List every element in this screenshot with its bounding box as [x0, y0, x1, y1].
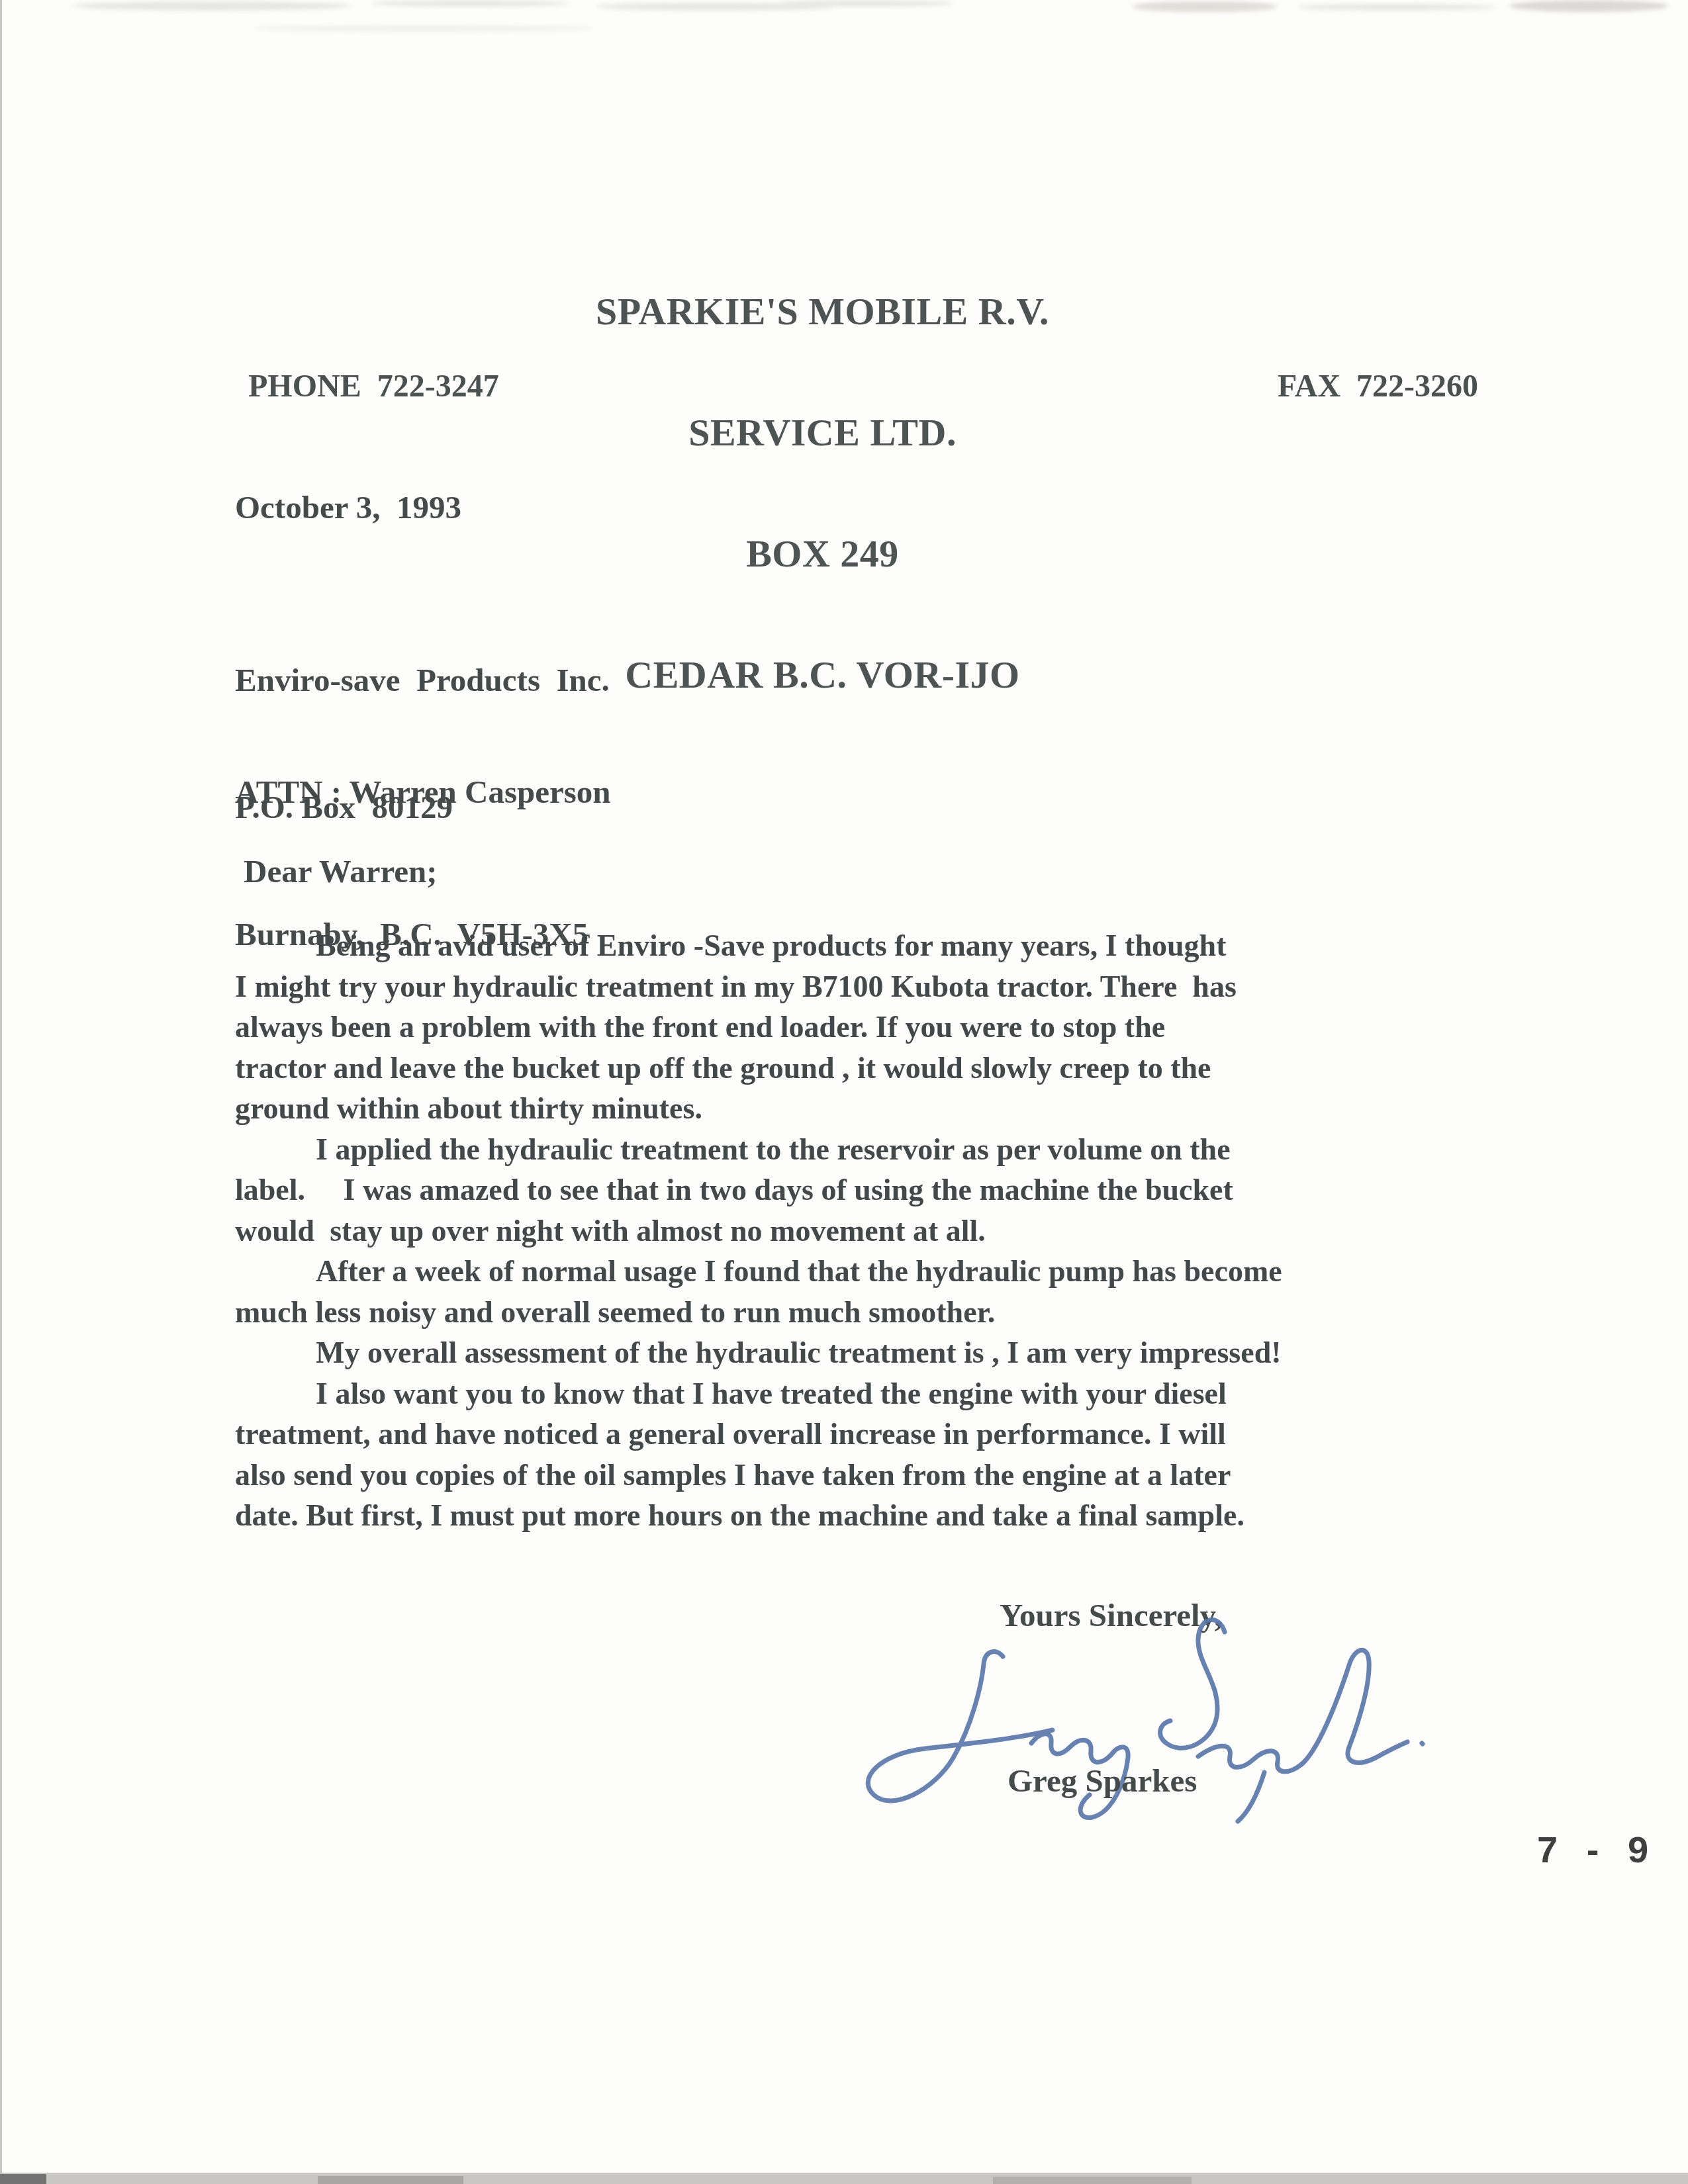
- scan-artifact: [781, 0, 953, 7]
- scan-bottom-mark: [0, 2174, 46, 2184]
- body-line: ground within about thirty minutes.: [235, 1088, 1473, 1129]
- scan-bottom-mark: [993, 2177, 1192, 2184]
- scanned-letter-page: SPARKIE'S MOBILE R.V. SERVICE LTD. BOX 2…: [0, 0, 1688, 2184]
- body-line: I also want you to know that I have trea…: [235, 1373, 1473, 1414]
- body-line: much less noisy and overall seemed to ru…: [235, 1292, 1473, 1333]
- scan-artifact: [73, 1, 351, 11]
- body-line: I applied the hydraulic treatment to the…: [235, 1129, 1473, 1170]
- letterhead-company-name-line1: SPARKIE'S MOBILE R.V.: [414, 291, 1231, 332]
- body-line: label. I was amazed to see that in two d…: [235, 1169, 1473, 1210]
- scan-artifact: [252, 25, 596, 32]
- scan-artifact: [1132, 1, 1278, 12]
- body-line: tractor and leave the bucket up off the …: [235, 1048, 1473, 1089]
- body-line: After a week of normal usage I found tha…: [235, 1251, 1473, 1292]
- page-number: 7 - 9: [1537, 1828, 1658, 1871]
- letterhead-fax: FAX 722-3260: [1278, 368, 1478, 404]
- scan-artifact: [1297, 4, 1496, 11]
- scan-artifact: [1509, 0, 1668, 12]
- letterhead-phone: PHONE 722-3247: [248, 368, 499, 404]
- attention-line: ATTN : Warren Casperson: [235, 773, 611, 811]
- scan-bottom-band: [0, 2173, 1688, 2184]
- letterhead-company-name-line2: SERVICE LTD.: [414, 412, 1231, 453]
- recipient-company: Enviro-save Products Inc.: [235, 659, 610, 702]
- letter-body: Being an avid user of Enviro -Save produ…: [235, 925, 1473, 1536]
- body-line: date. But first, I must put more hours o…: [235, 1495, 1473, 1536]
- body-line: always been a problem with the front end…: [235, 1007, 1473, 1048]
- body-line: treatment, and have noticed a general ov…: [235, 1414, 1473, 1455]
- letter-date: October 3, 1993: [235, 488, 461, 526]
- scan-artifact: [371, 0, 569, 7]
- closing-line: Yours Sincerely,: [1000, 1596, 1223, 1634]
- body-line: would stay up over night with almost no …: [235, 1210, 1473, 1251]
- body-line: Being an avid user of Enviro -Save produ…: [235, 925, 1473, 966]
- scan-bottom-mark: [318, 2176, 463, 2184]
- body-line: also send you copies of the oil samples …: [235, 1455, 1473, 1496]
- body-line: My overall assessment of the hydraulic t…: [235, 1332, 1473, 1373]
- scan-edge-line: [0, 0, 2, 2184]
- salutation-line: Dear Warren;: [244, 852, 438, 890]
- signer-name: Greg Sparkes: [1008, 1762, 1197, 1799]
- letterhead-po-box: BOX 249: [414, 533, 1231, 574]
- body-line: I might try your hydraulic treatment in …: [235, 966, 1473, 1007]
